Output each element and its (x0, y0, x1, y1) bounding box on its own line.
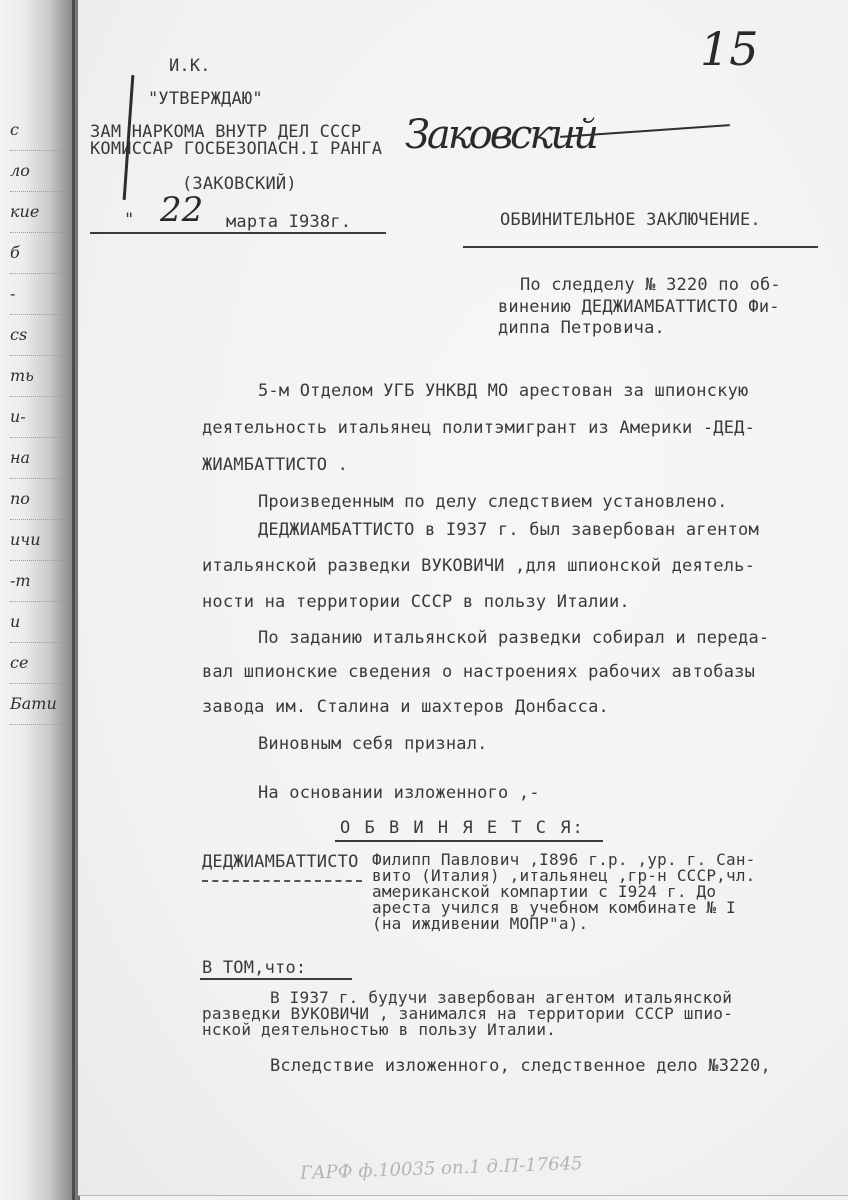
body-line: ности на территории СССР в пользу Италии… (202, 592, 630, 612)
margin-note: и (10, 602, 70, 643)
charge-line: В I937 г. будучи завербован агентом итал… (270, 990, 732, 1005)
title-underline (463, 246, 818, 248)
margin-note: - (10, 274, 70, 315)
charge-heading-underline (200, 978, 352, 980)
margin-note: и- (10, 397, 70, 438)
body-line: Виновным себя признал. (258, 734, 488, 754)
approve-stamp: "УТВЕРЖДАЮ" (148, 89, 263, 109)
initials: И.К. (169, 56, 211, 76)
margin-note: ло (10, 151, 70, 192)
margin-note: -т (10, 561, 70, 602)
margin-note: Бати (10, 684, 70, 725)
body-line: итальянской разведки ВУКОВИЧИ ,для шпион… (202, 556, 755, 576)
conclusion-line: Вследствие изложенного, следственное дел… (270, 1056, 771, 1076)
margin-note: б (10, 233, 70, 274)
body-line: деятельность итальянец политэмигрант из … (202, 418, 755, 438)
margin-note: сѕ (10, 315, 70, 356)
date-underline (90, 232, 386, 234)
date-rest: марта I938г. (226, 212, 351, 232)
case-ref-line: По следделу № 3220 по об- (520, 275, 781, 295)
margin-note: кие (10, 192, 70, 233)
margin-notes: с ло кие б - сѕ ть и- на по ичи -т и се … (10, 110, 70, 725)
body-line: ЖИАМБАТТИСТО . (202, 455, 348, 475)
accused-detail: Филипп Павлович ,I896 г.р. ,ур. г. Сан- (372, 852, 755, 867)
margin-note: се (10, 643, 70, 684)
body-line: По заданию итальянской разведки собирал … (258, 628, 769, 648)
accused-detail: (на иждивении МОПР"а). (372, 916, 588, 931)
margin-note: с (10, 110, 70, 151)
margin-note: на (10, 438, 70, 479)
body-line: 5-м Отделом УГБ УНКВД МО арестован за шп… (258, 381, 748, 401)
date-day: 22 (160, 190, 203, 230)
charge-line: нской деятельностью в пользу Италии. (202, 1022, 556, 1037)
accused-detail: ареста учился в учебном комбинате № I (372, 900, 736, 915)
body-line: Произведенным по делу следствием установ… (258, 492, 728, 512)
surname-dash-line (202, 880, 362, 882)
accused-detail: вито (Италия) ,итальянец ,гр-н СССР,чл. (372, 868, 755, 883)
body-line: На основании изложенного ,- (258, 783, 540, 803)
case-ref-line: диппа Петровича. (498, 318, 665, 338)
accused-surname: ДЕДЖИАМБАТТИСТО (202, 852, 359, 872)
position-line-2: КОМИССАР ГОСБЕЗОПАСН.I РАНГА (90, 139, 382, 159)
date-quote: " (124, 210, 134, 230)
case-ref-line: винению ДЕДЖИАМБАТТИСТО Фи- (498, 297, 780, 317)
accused-heading: О Б В И Н Я Е Т С Я: (340, 818, 585, 838)
accused-heading-underline (335, 840, 603, 842)
margin-note: ичи (10, 520, 70, 561)
body-line: ДЕДЖИАМБАТТИСТО в I937 г. был завербован… (258, 520, 759, 540)
accused-detail: американской компартии с I924 г. До (372, 884, 716, 899)
margin-note: ть (10, 356, 70, 397)
charge-heading: В ТОМ,что: (202, 958, 306, 978)
document-title: ОБВИНИТЕЛЬНОЕ ЗАКЛЮЧЕНИЕ. (500, 210, 761, 230)
charge-line: разведки ВУКОВИЧИ , занимался на террито… (202, 1006, 733, 1021)
body-line: завода им. Сталина и шахтеров Донбасса. (202, 697, 609, 717)
body-line: вал шпионские сведения о настроениях раб… (202, 662, 755, 682)
binding-thread (72, 0, 75, 1200)
margin-note: по (10, 479, 70, 520)
page-number: 15 (700, 22, 759, 76)
